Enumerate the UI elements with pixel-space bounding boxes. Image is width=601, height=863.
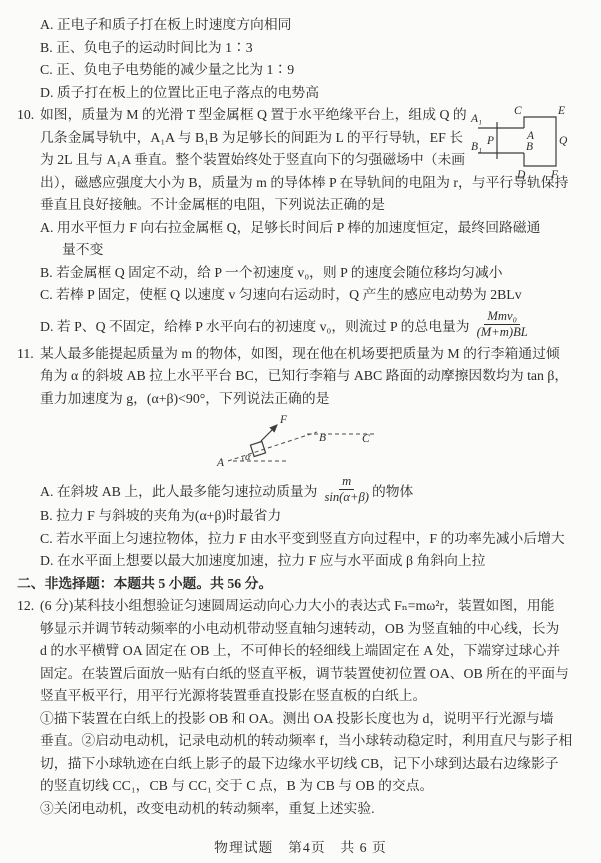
label-f: F — [550, 169, 559, 181]
option-line: B. 拉力 F 与斜坡的夹角为(α+β)时最省力 — [40, 505, 595, 528]
question-number: 12. — [17, 595, 40, 618]
stem-text: 垂直且良好接触。不计金属框的电阻，下列说法正确的是 — [40, 194, 595, 217]
option-line: B. 正、负电子的运动时间比为 1∶3 — [40, 37, 595, 60]
label-b1: B₁ — [471, 141, 482, 153]
exam-page: A. 正电子和质子打在板上时速度方向相同 B. 正、负电子的运动时间比为 1∶3… — [0, 0, 601, 863]
label-c: C — [514, 105, 522, 117]
stem-text: 某人最多能提起质量为 m 的物体，如图，现在他在机场要把质量为 M 的行李箱通过… — [40, 346, 560, 361]
fraction-numerator: m — [339, 474, 354, 490]
option-line: A. 正电子和质子打在板上时速度方向相同 — [40, 14, 595, 37]
angle-arc — [242, 457, 243, 461]
label-a1: A₁ — [470, 113, 482, 125]
stem-text: 固定。在装置后面放一贴有白纸的竖直平板，调节装置使初位置 OA、OB 所在的平面… — [40, 663, 595, 686]
question-12-stem: 12.(6 分)某科技小组想验证匀速圆周运动向心力大小的表达式 Fₙ=mω²r，… — [17, 595, 595, 618]
fraction-numerator: Mmv₀ — [484, 309, 520, 325]
q11-figure-area: F A B C α — [17, 410, 595, 474]
stem-text: 重力加速度为 g，(α+β)<90°，下列说法正确的是 — [40, 388, 595, 411]
label-p: P — [486, 135, 494, 147]
stem-text: 够显示并调节转动频率的小电动机带动竖直轴匀速转动，OB 为竖直轴的中心线，长为 — [40, 618, 595, 641]
stem-text: (6 分)某科技小组想验证匀速圆周运动向心力大小的表达式 Fₙ=mω²r，装置如… — [40, 598, 554, 613]
label-a: A — [216, 457, 225, 469]
option-text: A. 在斜坡 AB 上，此人最多能匀速拉动质量为 — [40, 480, 317, 500]
stem-text: 切，描下小球轨迹在白纸上影子的最下边缘水平切线 CB，记下小球到达最右边缘影子 — [40, 753, 595, 776]
option-line: 量不变 — [62, 239, 595, 262]
section-heading: 二、非选择题：本题共 5 小题。共 56 分。 — [17, 573, 595, 596]
stem-text: 角为 α 的斜坡 AB 拉上水平平台 BC，已知行李箱与 ABC 路面的动摩擦因… — [40, 365, 595, 388]
label-e: E — [557, 105, 565, 117]
label-b: B — [526, 141, 533, 153]
stem-text: ③关闭电动机，改变电动机的转动频率，重复上述实验. — [40, 798, 595, 821]
option-line: D. 若 P、Q 不固定，给棒 P 水平向右的初速度 v₀，则流过 P 的总电量… — [40, 307, 595, 343]
question-number: 11. — [17, 343, 40, 366]
option-line: C. 正、负电子电势能的减少量之比为 1∶9 — [40, 59, 595, 82]
q10-circuit-figure: A₁ B₁ C E A B P Q D F — [469, 104, 597, 188]
force-arrow — [261, 425, 277, 441]
page-footer: 物理试题 第4页 共 6 页 — [0, 836, 601, 856]
label-q: Q — [559, 135, 568, 147]
option-line: A. 用水平恒力 F 向右拉金属框 Q，足够长时间后 P 棒的加速度恒定，最终回… — [40, 217, 595, 240]
label-f: F — [279, 414, 288, 426]
option-text: 的物体 — [372, 480, 413, 500]
option-line: D. 在水平面上想要以最大加速度加速，拉力 F 应与水平面成 β 角斜向上拉 — [40, 550, 595, 573]
option-line: A. 在斜坡 AB 上，此人最多能匀速拉动质量为 m sin(α+β) 的物体 — [40, 474, 595, 505]
label-alpha: α — [245, 452, 251, 463]
option-line: B. 若金属框 Q 固定不动，给 P 一个初速度 v₀，则 P 的速度会随位移均… — [40, 262, 595, 285]
q11-incline-figure: F A B C α — [195, 410, 395, 474]
option-line: D. 质子打在板上的位置比正电子落点的电势高 — [40, 82, 595, 105]
fraction: m sin(α+β) — [321, 474, 371, 505]
fraction-denominator: (M+m)BL — [474, 325, 531, 340]
option-line: C. 若水平面上匀速拉物体，拉力 F 由水平变到竖直方向过程中，F 的功率先减小… — [40, 528, 595, 551]
stem-text: ①描下装置在白纸上的投影 OB 和 OA。测出 OA 投影长度也为 d，说明平行… — [40, 708, 595, 731]
stem-text: 如图，质量为 M 的光滑 T 型金属框 Q 置于水平绝缘平台上，组成 Q 的 — [40, 107, 467, 122]
stem-text: d 的水平横臂 OA 固定在 OB 上，不可伸长的轻细线上端固定在 A 处，下端… — [40, 640, 595, 663]
label-d: D — [516, 169, 526, 181]
stem-text: 垂直。②启动电动机，记录电动机的转动频率 f，当小球转动稳定时，利用直尺与影子相 — [40, 730, 595, 753]
option-text: D. 若 P、Q 不固定，给棒 P 水平向右的初速度 v₀，则流过 P 的总电量… — [40, 315, 470, 335]
incline-line — [228, 432, 317, 461]
question-number: 10. — [17, 104, 40, 127]
question-11-stem: 11.某人最多能提起质量为 m 的物体，如图，现在他在机场要把质量为 M 的行李… — [17, 343, 595, 366]
option-line: C. 若棒 P 固定，使框 Q 以速度 v 匀速向右运动时，Q 产生的感应电动势… — [40, 284, 595, 307]
fraction: Mmv₀ (M+m)BL — [474, 309, 531, 340]
label-c: C — [362, 433, 370, 445]
label-b: B — [319, 432, 326, 444]
stem-text: 竖直平板平行，用平行光源将装置垂直投影在竖直板的白纸上。 — [40, 685, 595, 708]
stem-text: 的竖直切线 CC₁，CB 与 CC₁ 交于 C 点，B 为 CB 与 OB 的交… — [40, 775, 595, 798]
fraction-denominator: sin(α+β) — [321, 490, 371, 505]
